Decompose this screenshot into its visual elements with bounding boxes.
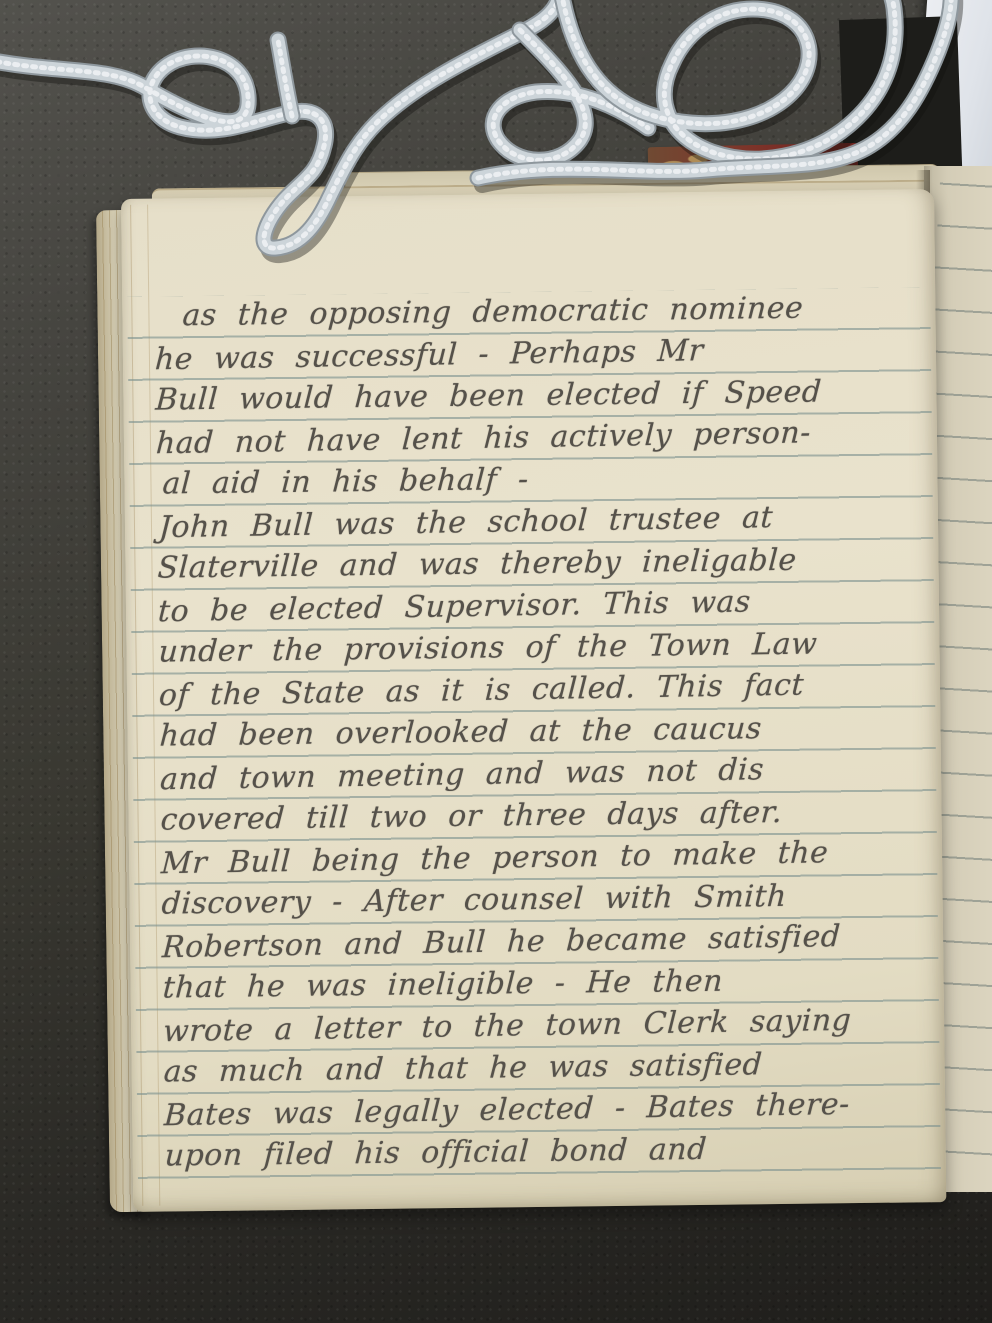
handwritten-text: as the opposing democratic nominee he wa… [154,287,938,1178]
notebook-page: as the opposing democratic nominee he wa… [121,189,946,1212]
photo-of-notebook: as the opposing democratic nominee he wa… [0,0,992,1323]
